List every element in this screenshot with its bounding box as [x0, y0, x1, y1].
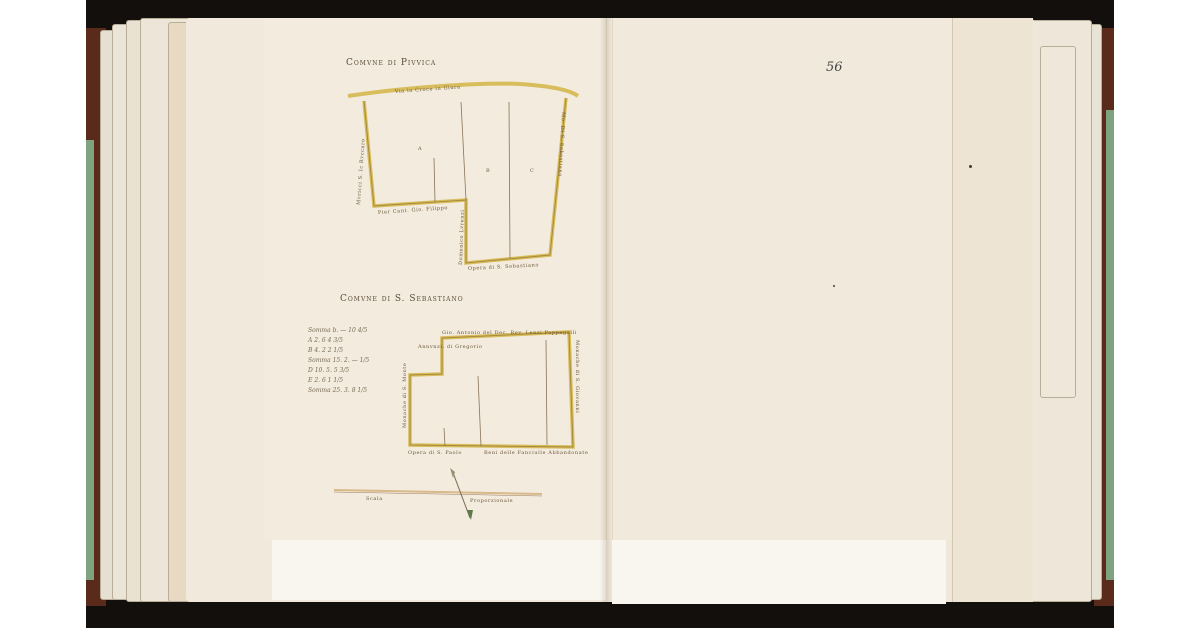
svg-text:Scala: Scala: [366, 496, 383, 502]
legend-row: Somma b. — 10 4/5: [308, 326, 369, 336]
scale-bar: Scala Proporzionale: [334, 490, 542, 504]
svg-text:Mvricci S. Ic Rvccaro: Mvricci S. Ic Rvccaro: [356, 138, 367, 205]
svg-text:Opera di S. Paolo: Opera di S. Paolo: [408, 450, 462, 456]
legend-row: E 2. 6 1 1/5: [308, 376, 369, 386]
plot-maps: A B C Via in Croce in Giura Mvricci S. I…: [0, 0, 1200, 628]
legend-row: Somma 25. 3. 8 1/5: [308, 386, 369, 396]
svg-text:Opera di S. Sebastiano: Opera di S. Sebastiano: [468, 262, 539, 272]
svg-text:Mo. Di S. Sebastiano: Mo. Di S. Sebastiano: [557, 112, 566, 177]
compass-needle-icon: [450, 468, 473, 520]
legend-row: B 4. 2 2 1/5: [308, 346, 369, 356]
svg-text:B: B: [486, 168, 490, 174]
svg-text:Proporzionale: Proporzionale: [470, 498, 513, 504]
svg-text:Monache di S. Monte: Monache di S. Monte: [402, 363, 408, 428]
legend-row: Somma 15. 2. — 1/5: [308, 356, 369, 366]
map-s-sebastiano: Gio. Antonio del Dec. Rev. Lenzi Pappaga…: [402, 330, 588, 456]
svg-text:C: C: [530, 168, 534, 174]
area-legend: Somma b. — 10 4/5 A 2. 6 4 3/5 B 4. 2 2 …: [308, 326, 369, 396]
svg-text:Beni delle Fanciulle Abbandona: Beni delle Fanciulle Abbandonate: [484, 450, 588, 456]
svg-text:Annvnzi. di Gregorio: Annvnzi. di Gregorio: [417, 344, 482, 350]
legend-row: D 10. 5. 5 3/5: [308, 366, 369, 376]
svg-text:Gio. Antonio del Dec. Rev. Len: Gio. Antonio del Dec. Rev. Lenzi Pappaga…: [442, 330, 577, 336]
map-pivvica: A B C Via in Croce in Giura Mvricci S. I…: [348, 84, 578, 272]
svg-text:Via in Croce in Giura: Via in Croce in Giura: [394, 84, 461, 95]
svg-text:Monache di S. Giovanni: Monache di S. Giovanni: [574, 340, 580, 413]
svg-text:A: A: [417, 146, 422, 152]
legend-row: A 2. 6 4 3/5: [308, 336, 369, 346]
